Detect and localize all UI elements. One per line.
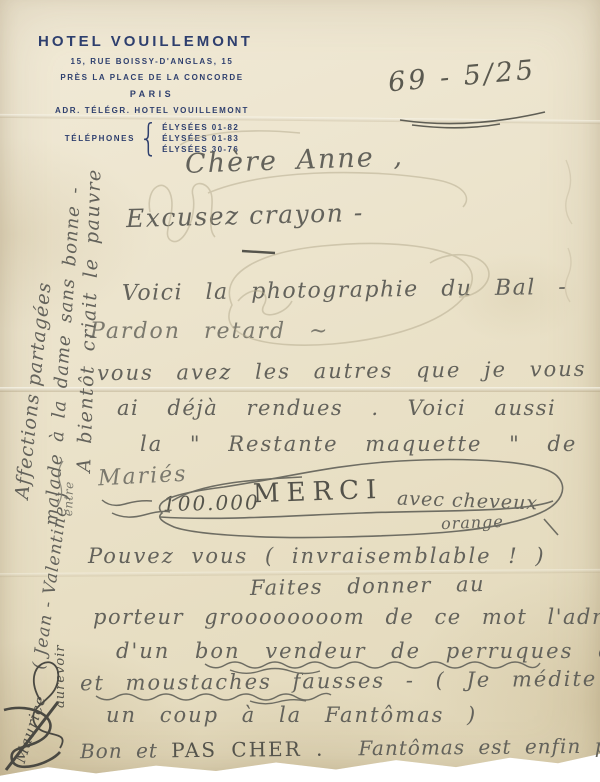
body-line: Mariés [97,463,188,492]
phone-number: ÉLYSÉES 01-83 [162,134,239,143]
body-line: un coup à la Fantômas ) [106,704,477,727]
telegraph-address: ADR. TÉLÉGR. HOTEL VOUILLEMONT [28,106,276,115]
body-line: d'un bon vendeur de perruques et [116,640,600,663]
phone-number: ÉLYSÉES 01-82 [162,123,239,132]
body-line: et moustaches fausses - ( Je médite [80,668,597,696]
closing-rest: Fantômas est enfin pauvre - [358,733,600,760]
hotel-city: PARIS [28,89,276,99]
body-line: ai déjà rendues . Voici aussi [117,397,556,420]
hotel-location-note: PRÈS LA PLACE DE LA CONCORDE [28,73,276,82]
body-line: la " Restante maquette " de [140,433,577,456]
letter-scan: HOTEL VOUILLEMONT 15, RUE BOISSY-D'ANGLA… [0,0,600,782]
body-line-main: porteur groooooooom de ce mot l'adr [93,605,600,629]
phones-label: TÉLÉPHONES [65,134,135,143]
circled-after-text2: orange [441,513,504,533]
letterhead: HOTEL VOUILLEMONT 15, RUE BOISSY-D'ANGLA… [28,33,276,154]
hotel-address: 15, RUE BOISSY-D'ANGLAS, 15 [28,57,276,66]
circled-amount: 100.000 [163,491,260,515]
corner-note: aurevoir [54,644,68,708]
body-line: porteur groooooooom de ce mot l'adresse [93,606,600,629]
hotel-name: HOTEL VOUILLEMONT [38,33,276,50]
closing-prefix: Bon et [80,738,171,763]
brace-glyph: { [139,120,158,158]
closing-line: Bon et PAS CHER .Fantômas est enfin pauv… [80,734,600,762]
body-line: vous avez les autres que je vous [97,358,587,385]
excuse-line: Excusez crayon - [126,199,364,233]
body-line: Pouvez vous ( invraisemblable ! ) [88,545,546,568]
circled-merci-word: MERCI [253,476,384,509]
body-line: Faites donner au [250,573,485,600]
closing-emphasis: PAS CHER . [171,737,324,763]
body-line: Pardon retard ~ [90,320,329,344]
